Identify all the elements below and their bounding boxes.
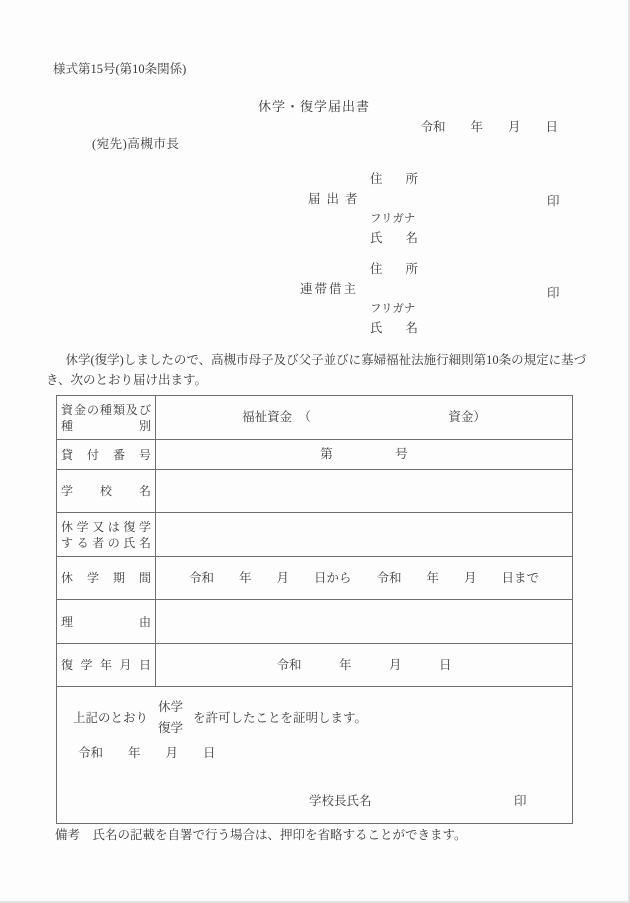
borrower-furigana-label: フリガナ: [370, 301, 415, 318]
table-row: 休学又は復学 する者の氏名: [57, 513, 573, 557]
borrower-seal-mark: 印: [547, 285, 560, 302]
borrower-role-label: 連帯借主: [300, 281, 358, 298]
notifier-address-label: 住所: [370, 171, 418, 188]
table-row-certification: 上記のとおり 休学 復学 を許可したことを証明します。 令和 年 月 日 学校長…: [57, 687, 573, 824]
row-label-reason: 理由: [57, 600, 156, 644]
row-value-return-date: 令和 年 月 日: [156, 644, 573, 687]
table-row: 貸付番号 第 号: [57, 440, 573, 470]
option-return: 復学: [158, 721, 183, 736]
borrower-address-label: 住所: [370, 261, 418, 278]
addressee: (宛先)高槻市長: [92, 136, 179, 153]
header-date-line: 令和 年 月 日: [420, 119, 558, 136]
table-row: 理由: [57, 600, 573, 644]
notifier-seal-mark: 印: [547, 193, 560, 210]
certification-prefix: 上記のとおり: [73, 710, 148, 727]
row-value-fund-type: 福祉資金 （ 資金）: [156, 396, 573, 440]
certification-cell: 上記のとおり 休学 復学 を許可したことを証明します。 令和 年 月 日 学校長…: [57, 687, 573, 824]
certification-sentence: 上記のとおり 休学 復学 を許可したことを証明します。: [73, 700, 367, 736]
row-value-school-name: [156, 470, 573, 513]
notifier-role-label: 届出者: [308, 191, 364, 208]
principal-name-label: 学校長氏名: [309, 793, 372, 810]
table-row: 学校名: [57, 470, 573, 513]
row-label-fund-type: 資金の種類及び 種別: [57, 396, 156, 440]
row-value-leave-period: 令和 年 月 日から 令和 年 月 日まで: [156, 557, 573, 600]
table-row: 休学期間 令和 年 月 日から 令和 年 月 日まで: [57, 557, 573, 600]
row-label-loan-number: 貸付番号: [57, 440, 156, 470]
table-row: 資金の種類及び 種別 福祉資金 （ 資金）: [57, 396, 573, 440]
table-row: 復学年月日 令和 年 月 日: [57, 644, 573, 687]
row-value-loan-number: 第 号: [156, 440, 573, 470]
notifier-name-label: 氏名: [370, 230, 418, 247]
document-page: 様式第15号(第10条関係) 休学・復学届出書 令和 年 月 日 (宛先)高槻市…: [0, 0, 630, 903]
row-label-student-name: 休学又は復学 する者の氏名: [57, 513, 156, 557]
row-label-school-name: 学校名: [57, 470, 156, 513]
option-leave: 休学: [158, 700, 183, 715]
borrower-name-label: 氏名: [370, 320, 418, 337]
certification-suffix: を許可したことを証明します。: [193, 710, 367, 727]
certification-date-line: 令和 年 月 日: [78, 745, 216, 762]
row-label-leave-period: 休学期間: [57, 557, 156, 600]
body-paragraph: 休学(復学)しましたので、高槻市母子及び父子並びに寡婦福祉法施行細則第10条の規…: [46, 351, 591, 390]
page-title: 休学・復学届出書: [0, 98, 628, 115]
form-number: 様式第15号(第10条関係): [53, 61, 186, 78]
principal-seal-mark: 印: [514, 793, 527, 810]
row-value-student-name: [156, 513, 573, 557]
row-label-return-date: 復学年月日: [57, 644, 156, 687]
row-value-reason: [156, 600, 573, 644]
leave-return-option-stack: 休学 復学: [158, 700, 183, 736]
notifier-furigana-label: フリガナ: [370, 211, 415, 228]
form-table: 資金の種類及び 種別 福祉資金 （ 資金） 貸付番号 第 号 学校名 休学又は復…: [56, 395, 573, 824]
remark-note: 備考 氏名の記載を自署で行う場合は、押印を省略することができます。: [55, 827, 467, 844]
